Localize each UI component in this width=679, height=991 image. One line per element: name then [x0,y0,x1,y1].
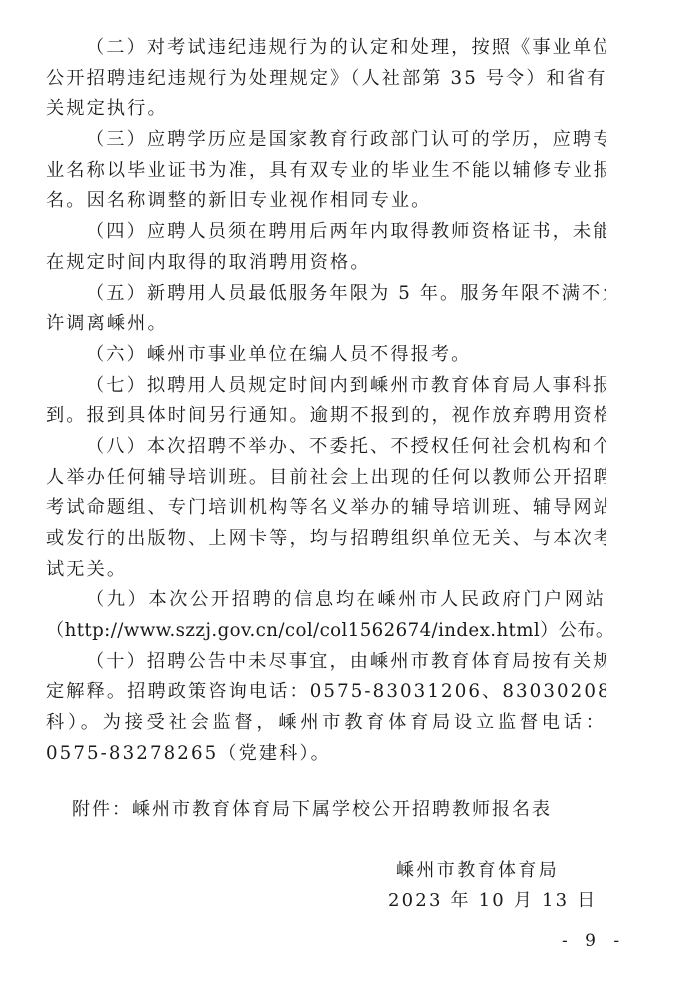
paragraph-item-10: （十）招聘公告中未尽事宜，由嵊州市教育体育局按有关规 定解释。招聘政策咨询电话：… [46,647,606,770]
paragraph-line: （六）嵊州市事业单位在编人员不得报考。 [46,340,606,371]
paragraph-line: 或发行的出版物、上网卡等，均与招聘组织单位无关、与本次考 [46,524,606,555]
paragraph-line: 考试命题组、专门培训机构等名义举办的辅导培训班、辅导网站 [46,493,606,524]
paragraph-line: 试无关。 [46,555,606,586]
paragraph-line: （八）本次招聘不举办、不委托、不授权任何社会机构和个 [46,432,606,463]
paragraph-line: 名。因名称调整的新旧专业视作相同专业。 [46,186,606,217]
paragraph-line: （十）招聘公告中未尽事宜，由嵊州市教育体育局按有关规 [46,647,606,678]
paragraph-line: 人举办任何辅导培训班。目前社会上出现的任何以教师公开招聘 [46,463,606,494]
paragraph-line: 业名称以毕业证书为准，具有双专业的毕业生不能以辅修专业报 [46,156,606,187]
paragraph-line: 关规定执行。 [46,94,606,125]
paragraph-item-2: （二）对考试违纪违规行为的认定和处理，按照《事业单位 公开招聘违纪违规行为处理规… [46,33,606,125]
paragraph-item-5: （五）新聘用人员最低服务年限为 5 年。服务年限不满不允 许调离嵊州。 [46,279,606,340]
document-page: （二）对考试违纪违规行为的认定和处理，按照《事业单位 公开招聘违纪违规行为处理规… [0,0,679,991]
paragraph-line-url: （http://www.szzj.gov.cn/col/col1562674/i… [46,616,606,647]
issue-date: 2023 年 10 月 13 日 [388,886,558,916]
paragraph-item-8: （八）本次招聘不举办、不委托、不授权任何社会机构和个 人举办任何辅导培训班。目前… [46,432,606,585]
paragraph-line: 在规定时间内取得的取消聘用资格。 [46,248,606,279]
paragraph-item-9: （九）本次公开招聘的信息均在嵊州市人民政府门户网站 （http://www.sz… [46,585,606,646]
paragraph-line: （四）应聘人员须在聘用后两年内取得教师资格证书，未能 [46,217,606,248]
paragraph-line: （七）拟聘用人员规定时间内到嵊州市教育体育局人事科报 [46,371,606,402]
paragraph-line: 0575-83278265（党建科）。 [46,739,606,770]
paragraph-item-7: （七）拟聘用人员规定时间内到嵊州市教育体育局人事科报 到。报到具体时间另行通知。… [46,371,606,432]
paragraph-item-6: （六）嵊州市事业单位在编人员不得报考。 [46,340,606,371]
paragraph-line: 到。报到具体时间另行通知。逾期不报到的，视作放弃聘用资格。 [46,401,606,432]
paragraph-line: （九）本次公开招聘的信息均在嵊州市人民政府门户网站 [46,585,606,616]
signature-block: 嵊州市教育体育局 2023 年 10 月 13 日 [388,856,558,916]
issuing-organization: 嵊州市教育体育局 [388,856,558,886]
paragraph-line: 许调离嵊州。 [46,309,606,340]
document-body: （二）对考试违纪违规行为的认定和处理，按照《事业单位 公开招聘违纪违规行为处理规… [46,33,606,770]
page-number: - 9 - [562,928,625,954]
paragraph-line: 定解释。招聘政策咨询电话：0575-83031206、83030208（人事 [46,677,606,708]
paragraph-line: 公开招聘违纪违规行为处理规定》（人社部第 35 号令）和省有 [46,64,606,95]
paragraph-line: （五）新聘用人员最低服务年限为 5 年。服务年限不满不允 [46,279,606,310]
paragraph-item-4: （四）应聘人员须在聘用后两年内取得教师资格证书，未能 在规定时间内取得的取消聘用… [46,217,606,278]
paragraph-line: （二）对考试违纪违规行为的认定和处理，按照《事业单位 [46,33,606,64]
paragraph-line: 科）。为接受社会监督，嵊州市教育体育局设立监督电话： [46,708,606,739]
paragraph-line: （三）应聘学历应是国家教育行政部门认可的学历，应聘专 [46,125,606,156]
attachment-note: 附件：嵊州市教育体育局下属学校公开招聘教师报名表 [72,796,552,824]
paragraph-item-3: （三）应聘学历应是国家教育行政部门认可的学历，应聘专 业名称以毕业证书为准，具有… [46,125,606,217]
